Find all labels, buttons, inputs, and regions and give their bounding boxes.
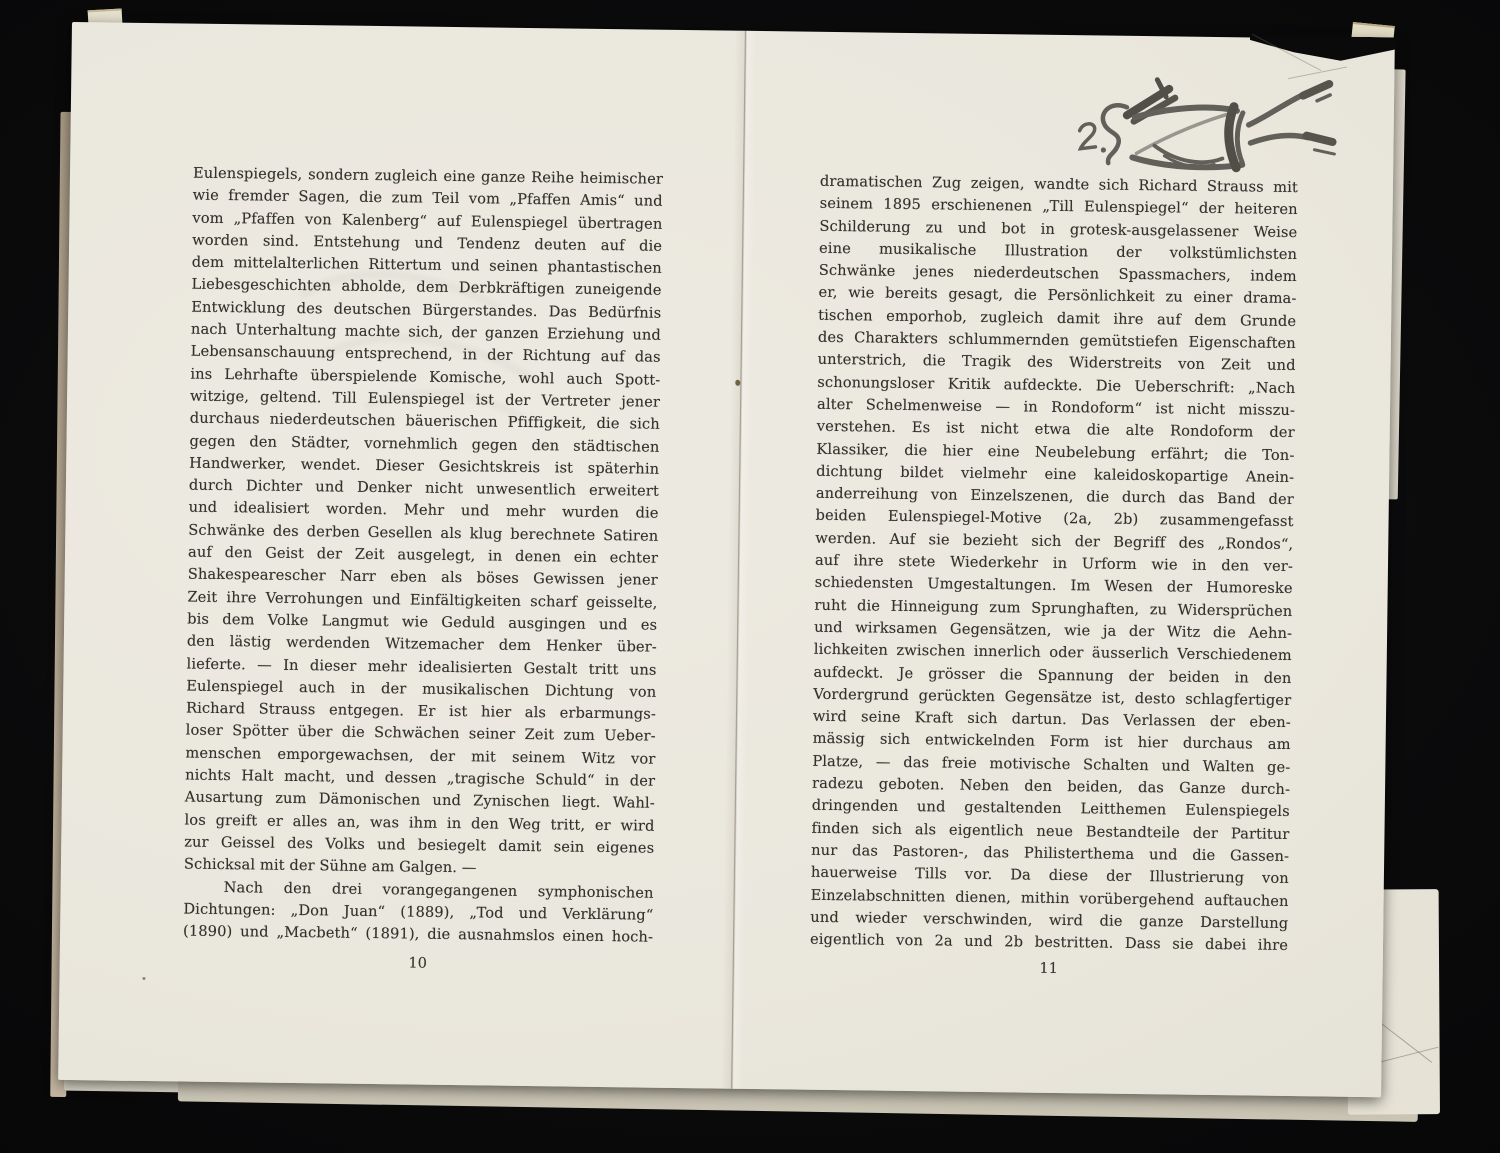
left-page-number: 10 bbox=[183, 953, 653, 975]
open-book-pages: Eulenspiegels, sondern zugleich eine gan… bbox=[58, 22, 1395, 1097]
torn-corner-notch bbox=[1250, 35, 1397, 65]
left-page-text: Eulenspiegels, sondern zugleich eine gan… bbox=[183, 163, 663, 949]
right-page-text: dramatischen Zug zeigen, wandte sich Ric… bbox=[810, 171, 1298, 958]
right-page-number: 11 bbox=[810, 958, 1288, 980]
photo-background: Eulenspiegels, sondern zugleich eine gan… bbox=[0, 0, 1500, 1153]
crayon-doodle-reclining-figure bbox=[1070, 69, 1342, 191]
paper-speck bbox=[142, 977, 145, 980]
gutter-speck bbox=[735, 380, 740, 386]
text-line: (1890) und „Macbeth“ (1891), die ausnahm… bbox=[183, 921, 653, 949]
book-spread: Eulenspiegels, sondern zugleich eine gan… bbox=[58, 22, 1402, 1114]
